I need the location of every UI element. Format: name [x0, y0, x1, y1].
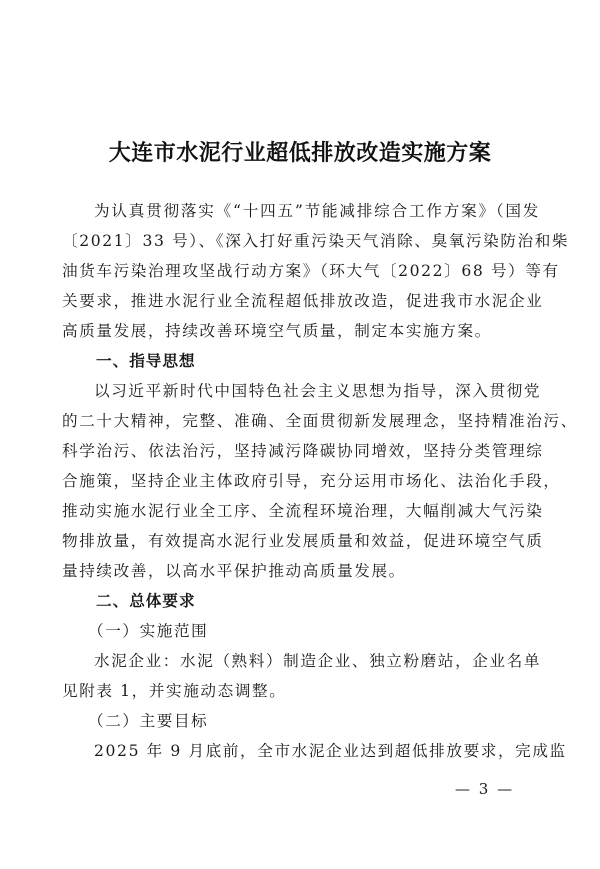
intro-line-3: 油货车污染治理攻坚战行动方案》（环大气〔2022〕68 号）等有: [62, 261, 540, 281]
scope-line-2: 见附表 1，并实施动态调整。: [62, 681, 540, 701]
goals-line-1: 2025 年 9 月底前，全市水泥企业达到超低排放要求，完成监: [94, 741, 540, 761]
intro-line-5: 高质量发展，持续改善环境空气质量，制定本实施方案。: [62, 321, 540, 341]
intro-line-2: 〔2021〕33 号）、《深入打好重污染天气消除、臭氧污染防治和柴: [62, 231, 540, 251]
section1-line-5: 推动实施水泥行业全工序、全流程环境治理，大幅削减大气污染: [62, 501, 540, 521]
section-heading-guiding-ideology: 一、指导思想: [96, 351, 196, 371]
intro-line-4: 关要求，推进水泥行业全流程超低排放改造，促进我市水泥企业: [62, 291, 540, 311]
document-page: 大连市水泥行业超低排放改造实施方案 为认真贯彻落实《“十四五”节能减排综合工作方…: [0, 0, 600, 869]
subsection-heading-scope: （一）实施范围: [88, 621, 208, 641]
section1-line-4: 合施策，坚持企业主体政府引导，充分运用市场化、法治化手段，: [62, 471, 540, 491]
section1-line-3: 科学治污、依法治污，坚持减污降碳协同增效，坚持分类管理综: [62, 441, 540, 461]
document-title: 大连市水泥行业超低排放改造实施方案: [0, 136, 600, 167]
section1-line-7: 量持续改善，以高水平保护推动高质量发展。: [62, 561, 540, 581]
section1-line-6: 物排放量，有效提高水泥行业发展质量和效益，促进环境空气质: [62, 531, 540, 551]
scope-line-1: 水泥企业：水泥（熟料）制造企业、独立粉磨站，企业名单: [94, 651, 540, 671]
page-number: — 3 —: [455, 780, 514, 798]
section-heading-general-requirements: 二、总体要求: [96, 591, 196, 611]
section1-line-1: 以习近平新时代中国特色社会主义思想为指导，深入贯彻党: [94, 381, 540, 401]
section1-line-2: 的二十大精神，完整、准确、全面贯彻新发展理念，坚持精准治污、: [62, 411, 540, 431]
intro-line-1: 为认真贯彻落实《“十四五”节能减排综合工作方案》（国发: [94, 201, 540, 221]
subsection-heading-main-goals: （二）主要目标: [88, 711, 208, 731]
